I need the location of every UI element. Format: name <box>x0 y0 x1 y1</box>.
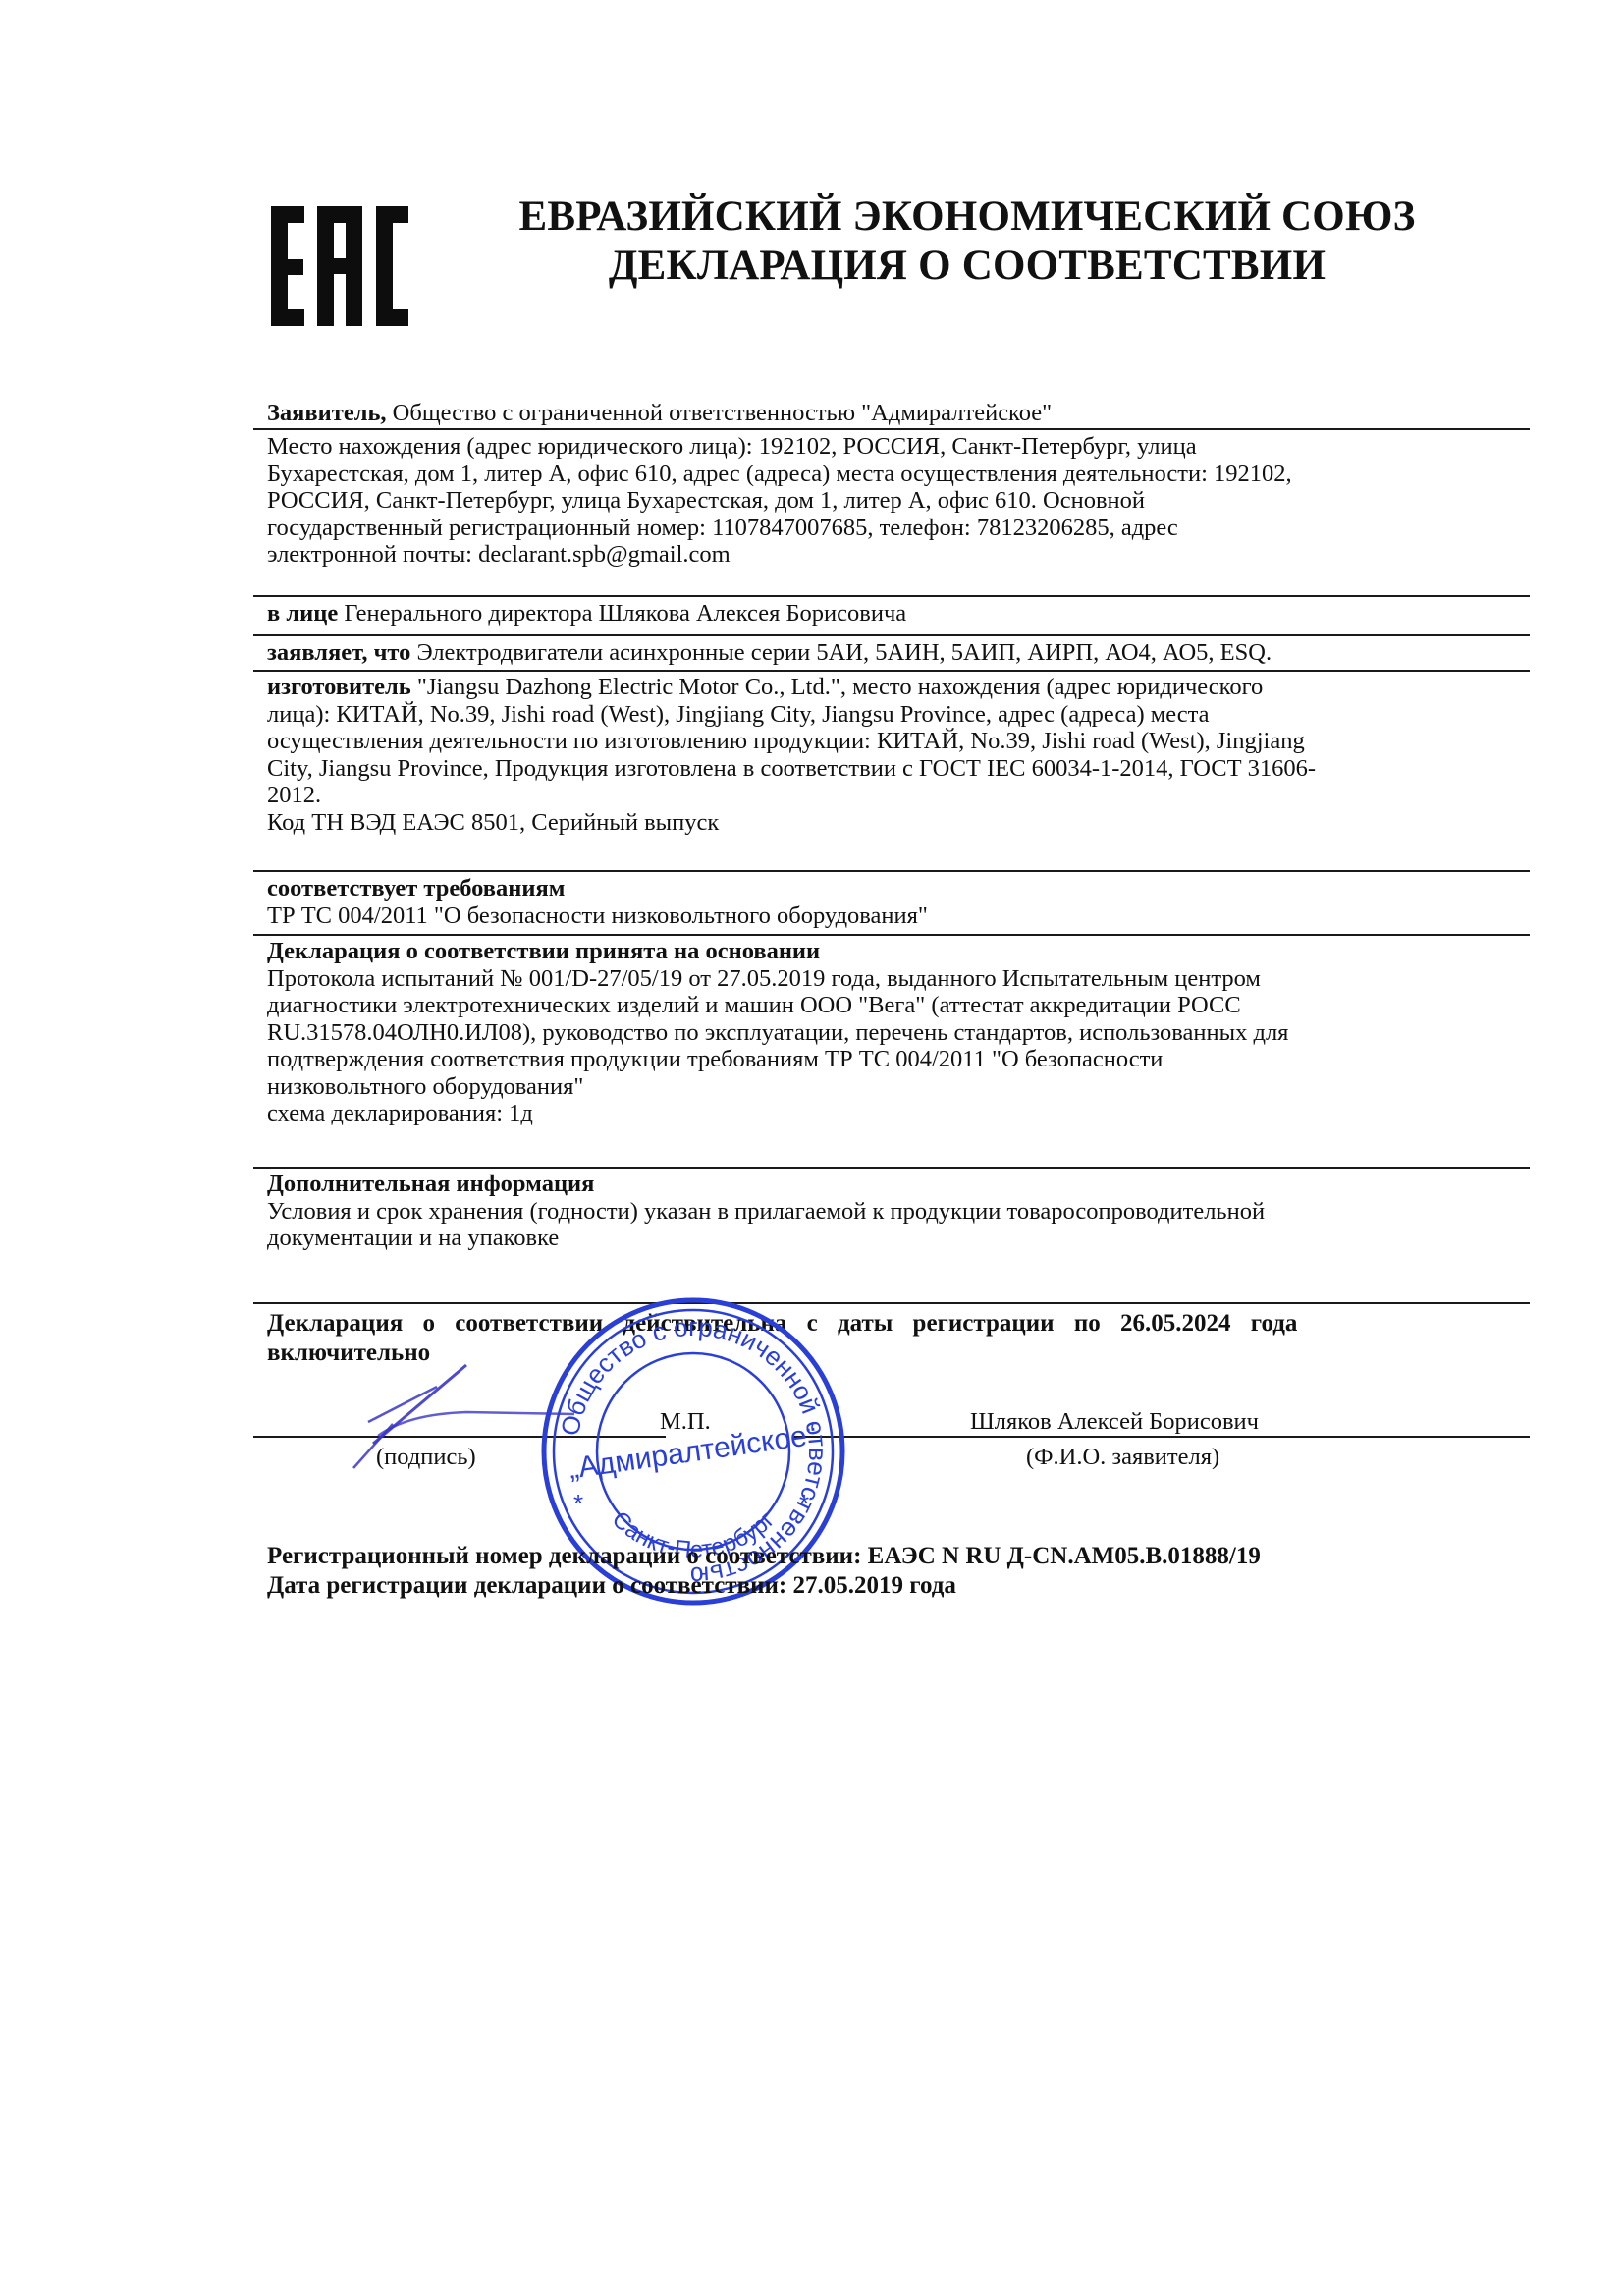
represented-by-row: в лице Генерального директора Шлякова Ал… <box>267 600 1529 628</box>
registration-block: Регистрационный номер декларации о соотв… <box>267 1542 1529 1601</box>
basis-line: низковольтного оборудования" <box>267 1073 1529 1101</box>
divider <box>253 670 1530 672</box>
title-declaration: ДЕКЛАРАЦИЯ О СООТВЕТСТВИИ <box>511 242 1424 291</box>
additional-info-line: Условия и срок хранения (годности) указа… <box>267 1198 1529 1226</box>
basis-line: RU.31578.04ОЛН0.ИЛ08), руководство по эк… <box>267 1019 1529 1047</box>
declares-row: заявляет, что Электродвигатели асинхронн… <box>267 639 1529 667</box>
registration-number: Регистрационный номер декларации о соотв… <box>267 1542 1529 1571</box>
requirements-label: соответствует требованиям <box>267 875 1529 902</box>
manufacturer-line: City, Jiangsu Province, Продукция изгото… <box>267 755 1529 783</box>
address-line: электронной почты: declarant.spb@gmail.c… <box>267 541 1529 569</box>
divider <box>253 1167 1530 1169</box>
address-line: РОССИЯ, Санкт-Петербург, улица Бухарестс… <box>267 487 1529 515</box>
basis-label: Декларация о соответствии принята на осн… <box>267 938 1529 965</box>
address-line: государственный регистрационный номер: 1… <box>267 515 1529 542</box>
manufacturer-label: изготовитель <box>267 674 411 700</box>
declares-label: заявляет, что <box>267 639 410 666</box>
represented-by-label: в лице <box>267 600 338 627</box>
svg-text:„Адмиралтейское“: „Адмиралтейское“ <box>567 1418 819 1485</box>
validity-line: Декларация о соответствии действительна … <box>267 1309 1529 1339</box>
title-union: ЕВРАЗИЙСКИЙ ЭКОНОМИЧЕСКИЙ СОЮЗ <box>511 192 1424 242</box>
requirements-text: ТР ТС 004/2011 "О безопасности низковоль… <box>267 902 1529 930</box>
product-description: Электродвигатели асинхронные серии 5АИ, … <box>410 639 1272 666</box>
divider <box>253 870 1530 872</box>
divider <box>253 1302 1530 1304</box>
additional-info-label: Дополнительная информация <box>267 1171 1529 1198</box>
eac-logo-icon <box>271 206 408 326</box>
applicant-label: Заявитель, <box>267 400 387 426</box>
svg-text:*: * <box>573 1489 583 1518</box>
basis-block: Декларация о соответствии принята на осн… <box>267 938 1529 1127</box>
address-line: Бухарестская, дом 1, литер А, офис 610, … <box>267 461 1529 488</box>
additional-info-block: Дополнительная информация Условия и срок… <box>267 1171 1529 1252</box>
signer-caption: (Ф.И.О. заявителя) <box>1026 1444 1219 1470</box>
basis-line: подтверждения соответствия продукции тре… <box>267 1046 1529 1073</box>
manufacturer-line: "Jiangsu Dazhong Electric Motor Co., Ltd… <box>411 674 1264 700</box>
svg-text:*: * <box>799 1489 809 1518</box>
divider <box>253 428 1530 430</box>
applicant-name: Общество с ограниченной ответственностью… <box>387 400 1053 426</box>
applicant-row: Заявитель, Общество с ограниченной ответ… <box>267 400 1529 427</box>
basis-line: диагностики электротехнических изделий и… <box>267 992 1529 1019</box>
declaration-page: ЕВРАЗИЙСКИЙ ЭКОНОМИЧЕСКИЙ СОЮЗ ДЕКЛАРАЦИ… <box>0 0 1624 2296</box>
divider <box>253 634 1530 636</box>
divider <box>253 934 1530 936</box>
applicant-address: Место нахождения (адрес юридического лиц… <box>267 433 1529 569</box>
basis-line: Протокола испытаний № 001/D-27/05/19 от … <box>267 965 1529 993</box>
name-line <box>793 1436 1530 1438</box>
represented-by-text: Генерального директора Шлякова Алексея Б… <box>338 600 906 627</box>
document-title: ЕВРАЗИЙСКИЙ ЭКОНОМИЧЕСКИЙ СОЮЗ ДЕКЛАРАЦИ… <box>511 192 1424 291</box>
manufacturer-block: изготовитель "Jiangsu Dazhong Electric M… <box>267 674 1529 836</box>
additional-info-line: документации и на упаковке <box>267 1225 1529 1252</box>
manufacturer-line: лица): КИТАЙ, No.39, Jishi road (West), … <box>267 701 1529 729</box>
requirements-block: соответствует требованиям ТР ТС 004/2011… <box>267 875 1529 929</box>
registration-date: Дата регистрации декларации о соответств… <box>267 1571 1529 1601</box>
manufacturer-line: 2012. <box>267 782 1529 809</box>
divider <box>253 595 1530 597</box>
signer-name: Шляков Алексей Борисович <box>970 1408 1259 1435</box>
address-line: Место нахождения (адрес юридического лиц… <box>267 433 1529 461</box>
hs-code-line: Код ТН ВЭД ЕАЭС 8501, Серийный выпуск <box>267 809 1529 837</box>
manufacturer-line: осуществления деятельности по изготовлен… <box>267 728 1529 755</box>
declaration-scheme: схема декларирования: 1д <box>267 1100 1529 1127</box>
